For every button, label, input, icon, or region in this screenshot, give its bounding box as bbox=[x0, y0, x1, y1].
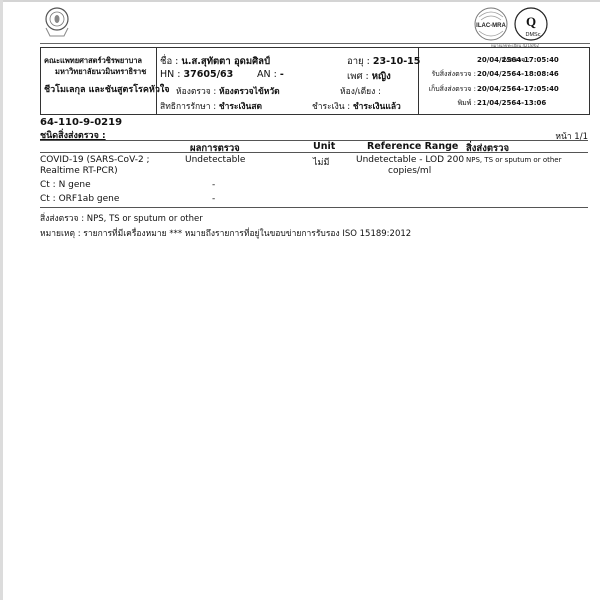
sex-label: เพศ : bbox=[347, 71, 369, 82]
printed-label: พิมพ์ : bbox=[458, 98, 476, 109]
reference-range-cont: copies/ml bbox=[388, 166, 431, 176]
specimen-footer: สิ่งส่งตรวจ : NPS, TS or sputum or other bbox=[40, 211, 203, 225]
specimen-value: NPS, TS or sputum or other bbox=[466, 156, 561, 164]
collected-value: 20/04/2564-17:05:40 bbox=[477, 85, 559, 93]
rights-label: สิทธิการรักษา : bbox=[160, 102, 216, 112]
table-header-rule bbox=[40, 152, 588, 153]
col-specimen: สิ่งส่งตรวจ bbox=[466, 141, 509, 156]
test-name: Ct : N gene bbox=[40, 180, 91, 190]
age-value: 23-10-15 bbox=[373, 56, 421, 67]
room-label: ห้องตรวจ : bbox=[176, 87, 216, 97]
hospital-seal-icon bbox=[44, 6, 70, 38]
viewer-top-border bbox=[0, 0, 600, 2]
test-name: Ct : ORF1ab gene bbox=[40, 194, 119, 204]
result-value: - bbox=[212, 180, 215, 190]
received-value: 20/04/2564-18:08:46 bbox=[477, 70, 559, 78]
result-value: Undetectable bbox=[185, 155, 245, 165]
table-bottom-rule bbox=[40, 207, 588, 208]
room-row: ห้องตรวจ : ห้องตรวจไข้หวัด bbox=[176, 84, 280, 98]
ilac-mra-logo-icon: ILAC-MRA bbox=[473, 7, 509, 41]
lab-number: 64-110-9-0219 bbox=[40, 117, 122, 128]
department-name: ชีวโมเลกุล และชันสูตรโรคหัวใจ bbox=[44, 82, 170, 96]
age-label: อายุ : bbox=[347, 56, 370, 67]
payment-value: ชำระเงินแล้ว bbox=[353, 102, 401, 112]
hn-label: HN : bbox=[160, 69, 180, 80]
rights-value: ชำระเงินสด bbox=[219, 102, 262, 112]
room-value: ห้องตรวจไข้หวัด bbox=[219, 87, 280, 97]
collected-label: เก็บสิ่งส่งตรวจ : bbox=[429, 84, 476, 95]
header-top-rule bbox=[40, 43, 590, 44]
patient-name-row: ชื่อ : น.ส.สุทัตตา อุดมศิลป์ bbox=[160, 54, 270, 69]
patient-name: น.ส.สุทัตตา อุดมศิลป์ bbox=[181, 56, 270, 67]
svg-text:ILAC-MRA: ILAC-MRA bbox=[476, 23, 506, 29]
payment-row: ชำระเงิน : ชำระเงินแล้ว bbox=[312, 99, 401, 113]
unit-value: ไม่มี bbox=[313, 155, 329, 169]
col-unit: Unit bbox=[313, 141, 335, 152]
printed-value: 21/04/2564-13:06 bbox=[477, 99, 546, 107]
name-label: ชื่อ : bbox=[160, 56, 178, 67]
viewer-left-border bbox=[0, 0, 3, 600]
quality-assurance-logo-icon: Q DMSc bbox=[511, 6, 551, 42]
hn-row: HN : 37605/63 bbox=[160, 69, 233, 80]
sex-value: หญิง bbox=[372, 71, 391, 82]
bed-row: ห้อง/เตียง : bbox=[340, 84, 381, 98]
rights-row: สิทธิการรักษา : ชำระเงินสด bbox=[160, 99, 262, 113]
test-name-cont: Realtime RT-PCR) bbox=[40, 166, 118, 176]
an-row: AN : - bbox=[257, 69, 284, 80]
test-name: COVID-19 (SARS-CoV-2 ; bbox=[40, 155, 150, 165]
header-divider-left bbox=[156, 47, 157, 115]
svg-text:DMSc: DMSc bbox=[526, 32, 541, 38]
sent-value: 20/04/2564-17:05:40 bbox=[477, 56, 559, 64]
reference-range: Undetectable - LOD 200 bbox=[356, 155, 464, 165]
sex-row: เพศ : หญิง bbox=[347, 69, 391, 84]
university-name: มหาวิทยาลัยนวมินทราธิราช bbox=[55, 66, 146, 78]
an-value: - bbox=[280, 69, 284, 80]
age-row: อายุ : 23-10-15 bbox=[347, 54, 420, 69]
remark-footer: หมายเหตุ : รายการที่มีเครื่องหมาย *** หม… bbox=[40, 226, 411, 240]
svg-text:Q: Q bbox=[526, 14, 536, 29]
hn-value: 37605/63 bbox=[184, 69, 234, 80]
result-value: - bbox=[212, 194, 215, 204]
an-label: AN : bbox=[257, 69, 277, 80]
bed-label: ห้อง/เตียง : bbox=[340, 87, 381, 97]
received-label: รับสิ่งส่งตรวจ : bbox=[431, 69, 476, 80]
payment-label: ชำระเงิน : bbox=[312, 102, 350, 112]
col-result: ผลการตรวจ bbox=[190, 141, 240, 156]
col-reference-range: Reference Range bbox=[367, 141, 458, 152]
